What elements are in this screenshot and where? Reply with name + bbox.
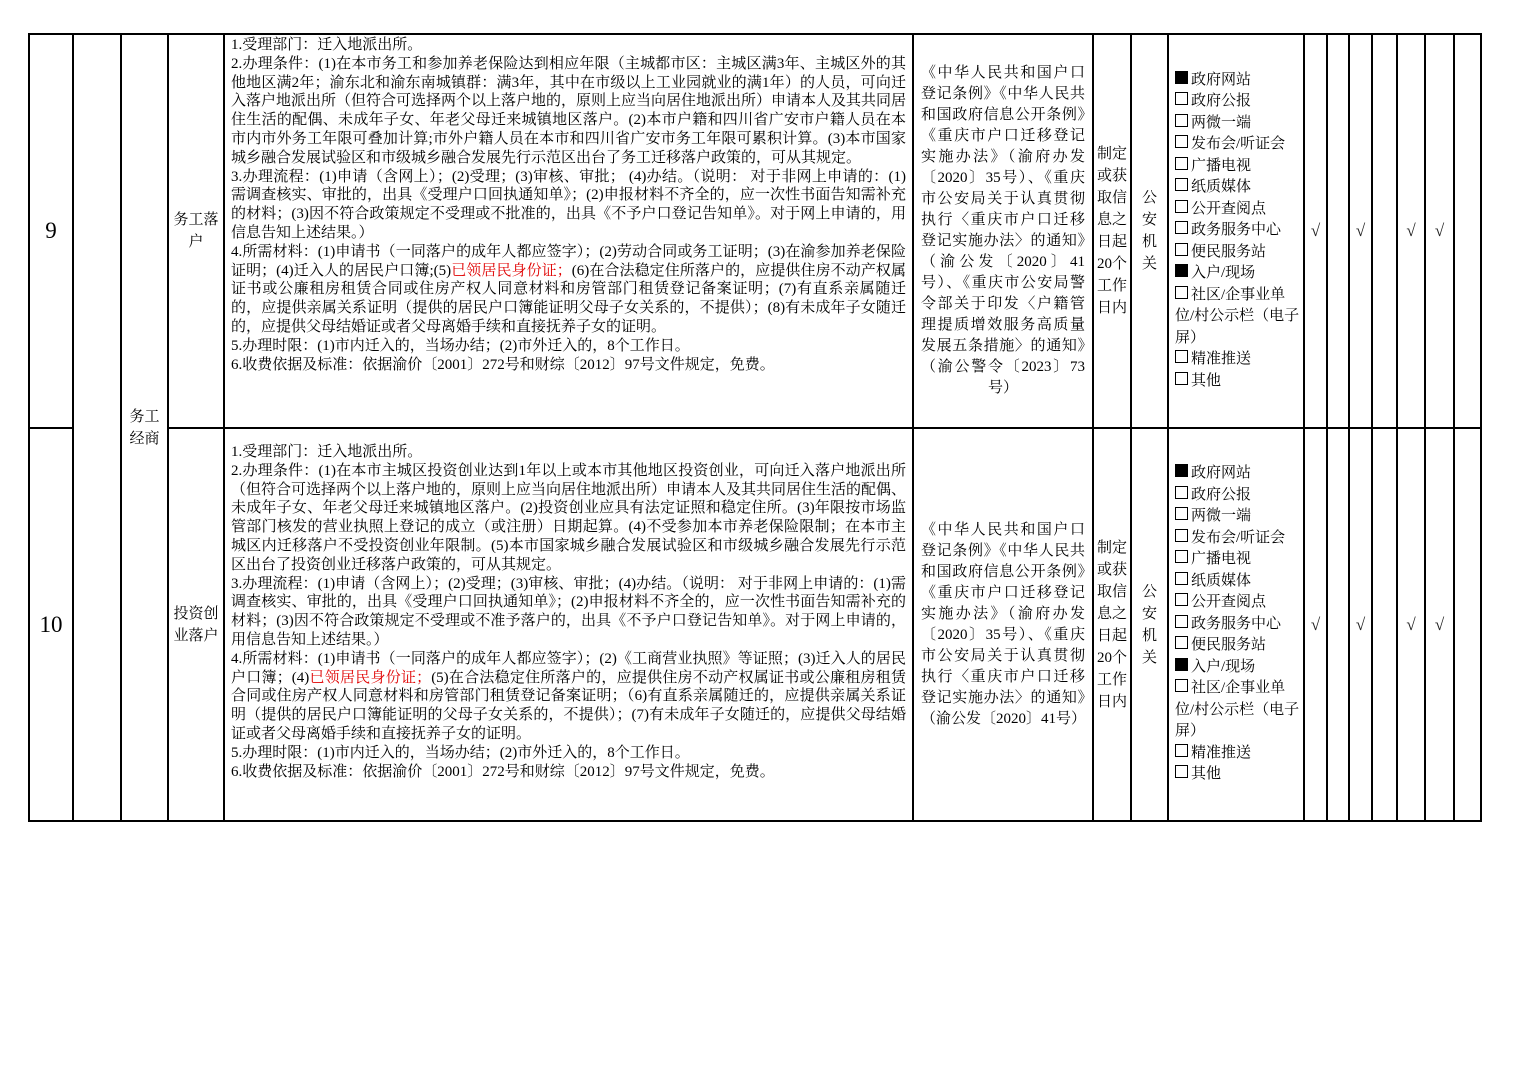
checkbox-checked-icon <box>1175 464 1188 477</box>
check-cell <box>1454 34 1481 428</box>
channel-label: 政务服务中心 <box>1191 222 1281 238</box>
procedure-text-segment: 5.办理时限：(1)市内迁入的，当场办结；(2)市外迁入的，8个工作日。 <box>231 745 690 761</box>
time-limit-cell: 制定或获取信息之日起20个工作日内 <box>1093 428 1131 821</box>
publication-channel-item: 公开查阅点 <box>1175 199 1300 221</box>
procedure-paragraph: 4.所需材料：(1)申请书（一同落户的成年人都应签字）；(2)劳动合同或务工证明… <box>231 243 906 337</box>
publication-channel-item: 广播电视 <box>1175 549 1300 571</box>
procedure-paragraph: 1.受理部门：迁入地派出所。 <box>231 36 906 55</box>
time-limit-cell: 制定或获取信息之日起20个工作日内 <box>1093 34 1131 428</box>
procedure-paragraph: 5.办理时限：(1)市内迁入的，当场办结；(2)市外迁入的，8个工作日。 <box>231 744 906 763</box>
procedure-text: 1.受理部门：迁入地派出所。2.办理条件：(1)在本市务工和参加养老保险达到相应… <box>231 36 906 424</box>
procedure-text-segment: 6.收费依据及标准：依据渝价〔2001〕272号和财综〔2012〕97号文件规定… <box>231 764 775 780</box>
publication-channel-item: 社区/企事业单位/村公示栏（电子屏） <box>1175 285 1300 350</box>
procedure-text-segment: 2.办理条件：(1)在本市主城区投资创业达到1年以上或本市其他地区投资创业，可向… <box>231 463 906 573</box>
document-page: 9 务工经商 务工落户 1.受理部门：迁入地派出所。2.办理条件：(1)在本市务… <box>28 33 1482 822</box>
procedure-text-segment: 6.收费依据及标准：依据渝价〔2001〕272号和财综〔2012〕97号文件规定… <box>231 357 775 373</box>
check-cell: √ <box>1397 428 1425 821</box>
publication-channel-item: 便民服务站 <box>1175 242 1300 264</box>
checkbox-unchecked-icon <box>1175 92 1188 105</box>
check-cell: √ <box>1304 34 1327 428</box>
procedure-paragraph: 4.所需材料：(1)申请书（一同落户的成年人都应签字）；(2)《工商营业执照》等… <box>231 650 906 744</box>
agency-text: 公安机关 <box>1142 581 1158 669</box>
procedure-paragraph: 6.收费依据及标准：依据渝价〔2001〕272号和财综〔2012〕97号文件规定… <box>231 763 906 782</box>
procedure-paragraph: 3.办理流程：(1)申请（含网上）；(2)受理；(3)审核、审批； (4)办结。… <box>231 168 906 243</box>
procedure-text-segment: 3.办理流程：(1)申请（含网上）；(2)受理；(3)审核、审批； (4)办结。… <box>231 169 906 241</box>
checkbox-unchecked-icon <box>1175 221 1188 234</box>
publication-channel-item: 其他 <box>1175 764 1300 786</box>
publication-channel-item: 其他 <box>1175 371 1300 393</box>
check-cell <box>1454 428 1481 821</box>
check-cell <box>1372 428 1397 821</box>
checkbox-unchecked-icon <box>1175 135 1188 148</box>
channel-label: 两微一端 <box>1191 508 1251 524</box>
channel-label: 两微一端 <box>1191 115 1251 131</box>
procedure-text-segment: 3.办理流程：(1)申请（含网上）；(2)受理；(3)审核、审批；(4)办结。（… <box>231 576 906 648</box>
publication-channel-item: 入户/现场 <box>1175 263 1300 285</box>
legal-basis-cell: 《中华人民共和国户口登记条例》《中华人民共和国政府信息公开条例》《重庆市户口迁移… <box>913 34 1093 428</box>
legal-basis-cell: 《中华人民共和国户口登记条例》《中华人民共和国政府信息公开条例》《重庆市户口迁移… <box>913 428 1093 821</box>
publication-channel-item: 精准推送 <box>1175 349 1300 371</box>
channel-label: 精准推送 <box>1191 351 1251 367</box>
checkbox-checked-icon <box>1175 264 1188 277</box>
checkbox-unchecked-icon <box>1175 178 1188 191</box>
channel-label: 其他 <box>1191 373 1221 389</box>
procedure-paragraph: 2.办理条件：(1)在本市务工和参加养老保险达到相应年限（主城都市区：主城区满3… <box>231 55 906 168</box>
checkbox-unchecked-icon <box>1175 572 1188 585</box>
check-cell: √ <box>1425 34 1454 428</box>
check-cell <box>1372 34 1397 428</box>
check-cell: √ <box>1304 428 1327 821</box>
checkbox-unchecked-icon <box>1175 350 1188 363</box>
row-number-cell: 9 <box>29 34 73 428</box>
checkbox-unchecked-icon <box>1175 507 1188 520</box>
checkbox-unchecked-icon <box>1175 372 1188 385</box>
channel-label: 入户/现场 <box>1191 265 1255 281</box>
channel-label: 政府网站 <box>1191 72 1251 88</box>
procedure-paragraph: 6.收费依据及标准：依据渝价〔2001〕272号和财综〔2012〕97号文件规定… <box>231 356 906 375</box>
highlighted-red-text: 已领居民身份证； <box>451 263 572 279</box>
channel-label: 社区/企事业单位/村公示栏（电子屏） <box>1175 287 1299 346</box>
channels-cell: 政府网站政府公报两微一端发布会/听证会广播电视纸质媒体公开查阅点政务服务中心便民… <box>1168 34 1304 428</box>
channel-label: 广播电视 <box>1191 551 1251 567</box>
procedures-table: 9 务工经商 务工落户 1.受理部门：迁入地派出所。2.办理条件：(1)在本市务… <box>28 33 1482 822</box>
checkbox-unchecked-icon <box>1175 615 1188 628</box>
channel-label: 发布会/听证会 <box>1191 530 1285 546</box>
checkbox-unchecked-icon <box>1175 636 1188 649</box>
agency-cell: 公安机关 <box>1131 428 1168 821</box>
row-number-cell: 10 <box>29 428 73 821</box>
publication-channel-item: 社区/企事业单位/村公示栏（电子屏） <box>1175 678 1300 743</box>
publication-channel-item: 发布会/听证会 <box>1175 134 1300 156</box>
procedure-paragraph: 1.受理部门：迁入地派出所。 <box>231 443 906 462</box>
publication-channel-item: 政府公报 <box>1175 485 1300 507</box>
subcategory-cell: 投资创业落户 <box>168 428 224 821</box>
check-cell <box>1327 428 1349 821</box>
publication-channel-item: 入户/现场 <box>1175 657 1300 679</box>
checkbox-unchecked-icon <box>1175 286 1188 299</box>
publication-channel-item: 发布会/听证会 <box>1175 528 1300 550</box>
table-row: 10 投资创业落户 1.受理部门：迁入地派出所。2.办理条件：(1)在本市主城区… <box>29 428 1481 821</box>
checkbox-unchecked-icon <box>1175 486 1188 499</box>
checkbox-unchecked-icon <box>1175 550 1188 563</box>
channel-label: 政府网站 <box>1191 465 1251 481</box>
highlighted-red-text: 已领居民身份证； <box>309 670 431 686</box>
check-cell: √ <box>1349 428 1372 821</box>
table-row: 9 务工经商 务工落户 1.受理部门：迁入地派出所。2.办理条件：(1)在本市务… <box>29 34 1481 428</box>
channel-label: 纸质媒体 <box>1191 573 1251 589</box>
publication-channel-item: 纸质媒体 <box>1175 177 1300 199</box>
channel-label: 入户/现场 <box>1191 659 1255 675</box>
checkbox-unchecked-icon <box>1175 744 1188 757</box>
checkbox-unchecked-icon <box>1175 157 1188 170</box>
procedure-text: 1.受理部门：迁入地派出所。2.办理条件：(1)在本市主城区投资创业达到1年以上… <box>231 430 906 781</box>
channel-label: 便民服务站 <box>1191 244 1266 260</box>
channel-label: 政务服务中心 <box>1191 616 1281 632</box>
checkbox-checked-icon <box>1175 658 1188 671</box>
time-limit-text: 制定或获取信息之日起20个工作日内 <box>1097 537 1128 713</box>
channel-label: 精准推送 <box>1191 745 1251 761</box>
procedure-paragraph: 5.办理时限：(1)市内迁入的，当场办结；(2)市外迁入的，8个工作日。 <box>231 337 906 356</box>
procedure-text-segment: 1.受理部门：迁入地派出所。 <box>231 37 422 53</box>
checkbox-unchecked-icon <box>1175 765 1188 778</box>
checkbox-unchecked-icon <box>1175 114 1188 127</box>
publication-channel-item: 广播电视 <box>1175 156 1300 178</box>
checkbox-unchecked-icon <box>1175 243 1188 256</box>
publication-channel-item: 政府网站 <box>1175 70 1300 92</box>
check-cell: √ <box>1397 34 1425 428</box>
checkbox-unchecked-icon <box>1175 200 1188 213</box>
procedure-paragraph: 2.办理条件：(1)在本市主城区投资创业达到1年以上或本市其他地区投资创业，可向… <box>231 462 906 575</box>
procedure-text-segment: 5.办理时限：(1)市内迁入的，当场办结；(2)市外迁入的，8个工作日。 <box>231 338 690 354</box>
channel-label: 纸质媒体 <box>1191 179 1251 195</box>
publication-channel-item: 纸质媒体 <box>1175 571 1300 593</box>
agency-text: 公安机关 <box>1142 187 1158 275</box>
channel-label: 广播电视 <box>1191 158 1251 174</box>
publication-channel-item: 两微一端 <box>1175 113 1300 135</box>
channel-label: 发布会/听证会 <box>1191 136 1285 152</box>
publication-channel-item: 政务服务中心 <box>1175 614 1300 636</box>
procedure-text-segment: 1.受理部门：迁入地派出所。 <box>231 444 422 460</box>
channel-label: 公开查阅点 <box>1191 201 1266 217</box>
check-cell: √ <box>1425 428 1454 821</box>
publication-channel-item: 政府公报 <box>1175 91 1300 113</box>
channel-label: 政府公报 <box>1191 487 1251 503</box>
agency-cell: 公安机关 <box>1131 34 1168 428</box>
checkbox-checked-icon <box>1175 71 1188 84</box>
channels-cell: 政府网站政府公报两微一端发布会/听证会广播电视纸质媒体公开查阅点政务服务中心便民… <box>1168 428 1304 821</box>
procedure-text-segment: 2.办理条件：(1)在本市务工和参加养老保险达到相应年限（主城都市区：主城区满3… <box>231 56 906 166</box>
check-cell: √ <box>1349 34 1372 428</box>
checkbox-unchecked-icon <box>1175 593 1188 606</box>
channel-label: 政府公报 <box>1191 93 1251 109</box>
procedure-cell: 1.受理部门：迁入地派出所。2.办理条件：(1)在本市主城区投资创业达到1年以上… <box>224 428 913 821</box>
publication-channel-item: 两微一端 <box>1175 506 1300 528</box>
procedure-paragraph: 3.办理流程：(1)申请（含网上）；(2)受理；(3)审核、审批；(4)办结。（… <box>231 575 906 650</box>
publication-channel-item: 公开查阅点 <box>1175 592 1300 614</box>
channel-label: 便民服务站 <box>1191 637 1266 653</box>
category-cell: 务工经商 <box>121 34 168 821</box>
spacer-cell <box>73 34 121 821</box>
subcategory-cell: 务工落户 <box>168 34 224 428</box>
channel-label: 社区/企事业单位/村公示栏（电子屏） <box>1175 680 1299 739</box>
channel-label: 公开查阅点 <box>1191 594 1266 610</box>
publication-channel-item: 政府网站 <box>1175 463 1300 485</box>
publication-channel-item: 精准推送 <box>1175 743 1300 765</box>
checkbox-unchecked-icon <box>1175 679 1188 692</box>
check-cell <box>1327 34 1349 428</box>
checkbox-unchecked-icon <box>1175 529 1188 542</box>
publication-channel-item: 便民服务站 <box>1175 635 1300 657</box>
publication-channel-item: 政务服务中心 <box>1175 220 1300 242</box>
procedure-cell: 1.受理部门：迁入地派出所。2.办理条件：(1)在本市务工和参加养老保险达到相应… <box>224 34 913 428</box>
time-limit-text: 制定或获取信息之日起20个工作日内 <box>1097 143 1128 319</box>
channel-label: 其他 <box>1191 766 1221 782</box>
